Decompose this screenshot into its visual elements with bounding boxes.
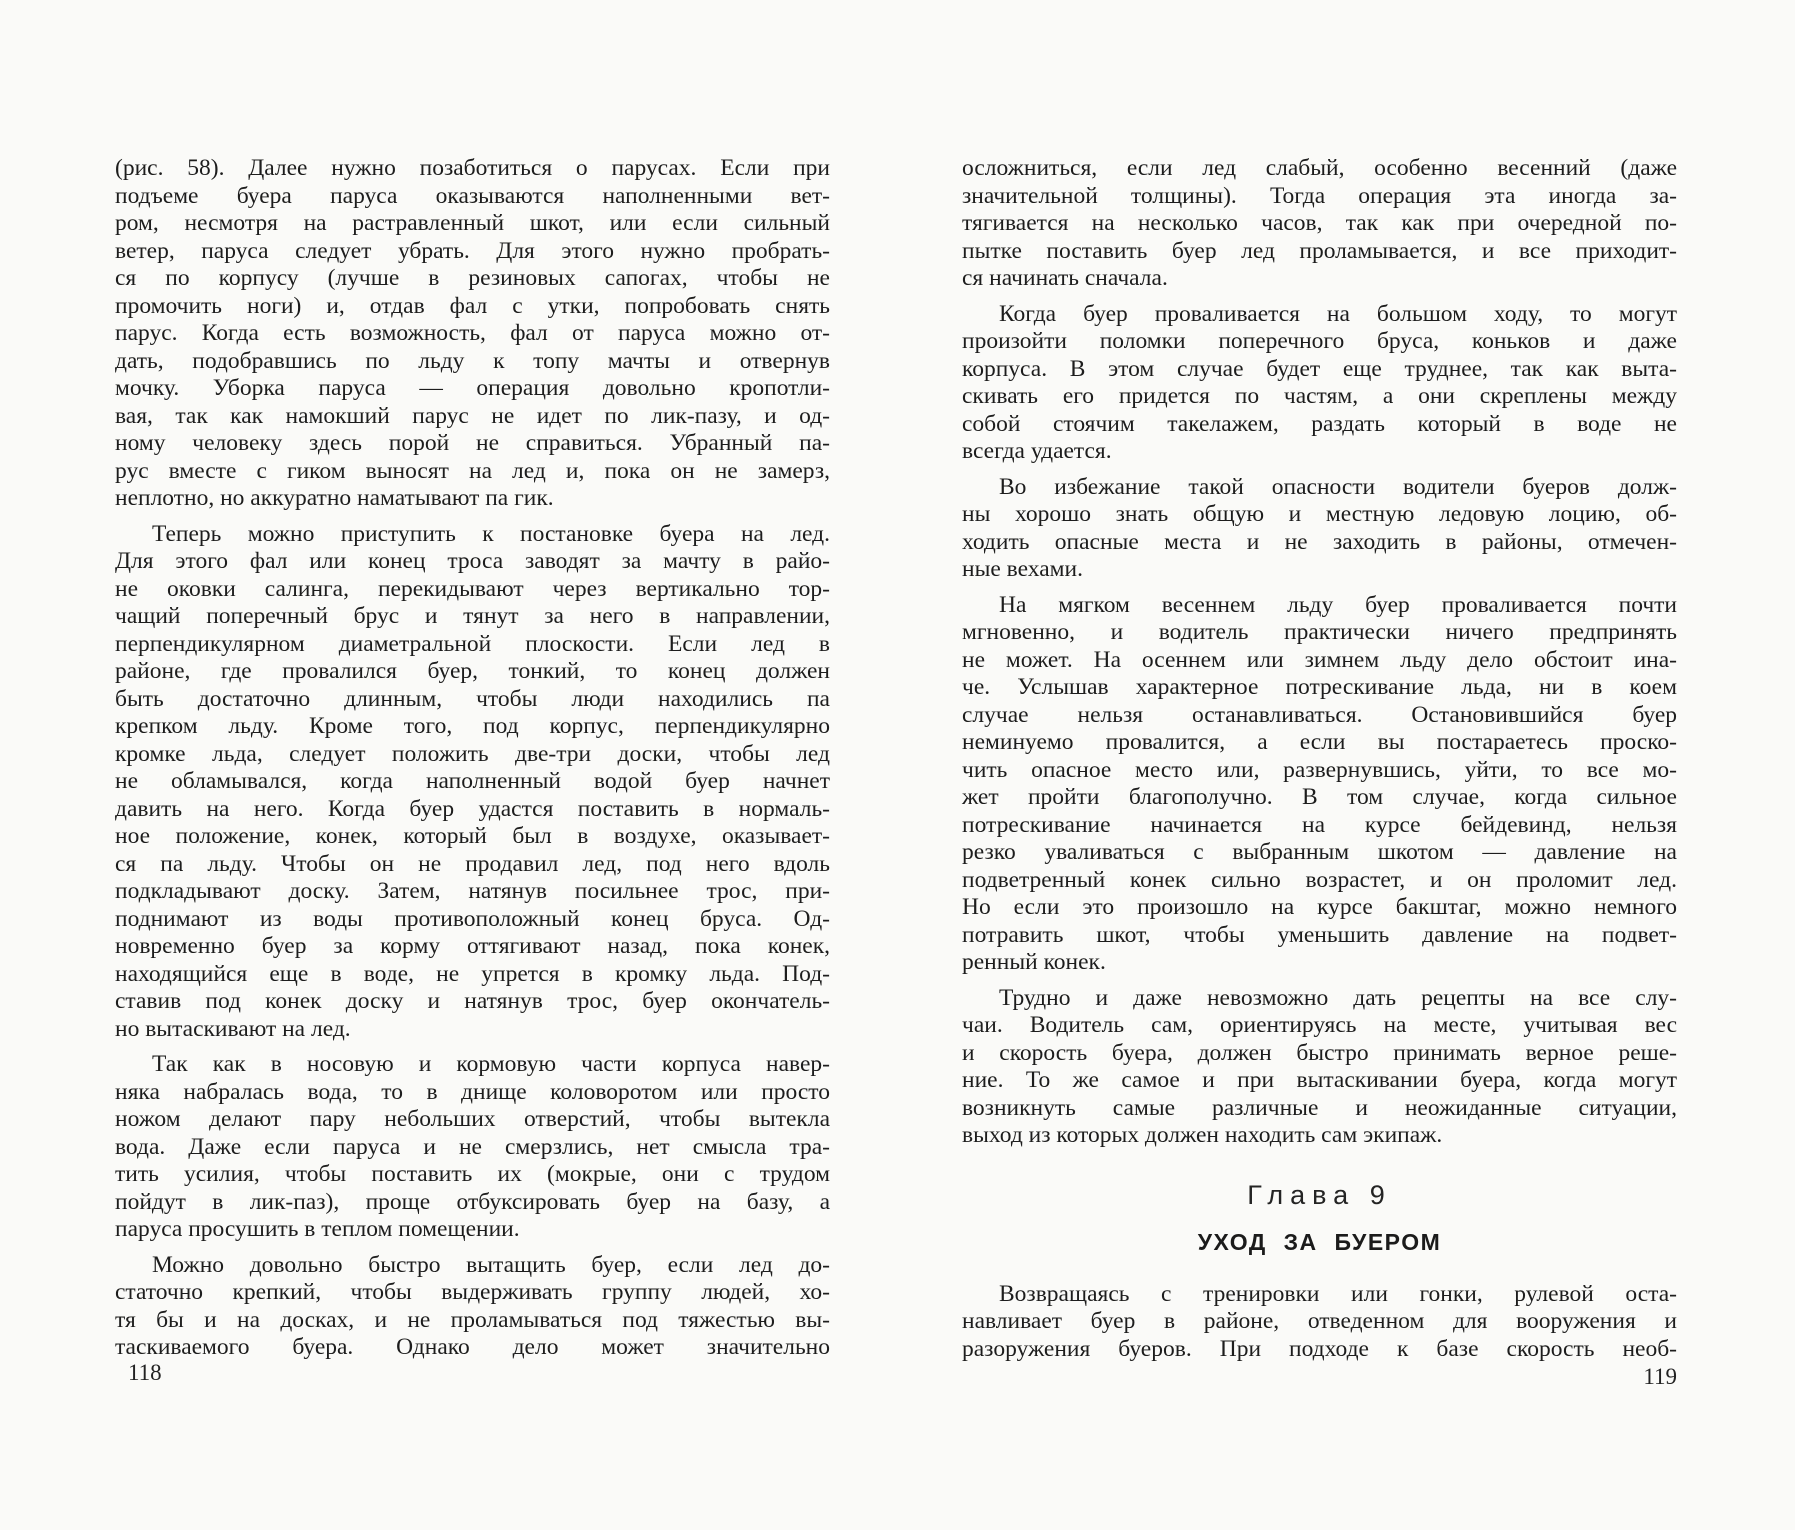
page-number-right: 119 [962,1364,1677,1390]
text-line: ся начинать сначала. [962,265,1677,293]
text-line: чаи. Водитель сам, ориентируясь на месте… [962,1012,1677,1040]
text-line: давить на него. Когда буер удастся поста… [115,796,830,824]
text-line: ветер, паруса следует убрать. Для этого … [115,238,830,266]
text-line: возникнуть самые различные и неожиданные… [962,1095,1677,1123]
text-line: осложниться, если лед слабый, особенно в… [962,155,1677,183]
text-line: рус вместе с гиком выносят на лед и, пок… [115,458,830,486]
text-line: собой стоячим такелажем, раздать который… [962,411,1677,439]
text-line: Но если это произошло на курсе бакштаг, … [962,894,1677,922]
text-line: подкладывают доску. Затем, натянув посил… [115,878,830,906]
paragraph: Во избежание такой опасности водители бу… [962,474,1677,584]
text-line: крепком льду. Кроме того, под корпус, пе… [115,713,830,741]
text-line: корпуса. В этом случае будет еще труднее… [962,356,1677,384]
text-line: разоружения буеров. При подходе к базе с… [962,1336,1677,1364]
text-line: че. Услышав характерное потрескивание ль… [962,674,1677,702]
text-line: Во избежание такой опасности водители бу… [962,474,1677,502]
text-line: подветренный конек сильно возрастет, и о… [962,867,1677,895]
text-line: пытке поставить буер лед проламывается, … [962,238,1677,266]
text-line: ному человеку здесь порой не справиться.… [115,430,830,458]
text-line: промочить ноги) и, отдав фал с утки, поп… [115,293,830,321]
text-line: тя бы и на досках, и не проламываться по… [115,1307,830,1335]
text-line: не оковки салинга, перекидывают через ве… [115,576,830,604]
text-line: чить опасное место или, развернувшись, у… [962,757,1677,785]
paragraph: Возвращаясь с тренировки или гонки, руле… [962,1281,1677,1364]
text-line: всегда удается. [962,438,1677,466]
text-line: На мягком весеннем льду буер проваливает… [962,592,1677,620]
chapter-heading: Глава 9 [962,1180,1677,1210]
text-line: паруса просушить в теплом помещении. [115,1216,830,1244]
text-line: потравить шкот, чтобы уменьшить давление… [962,922,1677,950]
text-line: парус. Когда есть возможность, фал от па… [115,320,830,348]
text-line: ние. То же самое и при вытаскивании буер… [962,1067,1677,1095]
paragraph: Так как в носовую и кормовую части корпу… [115,1051,830,1244]
text-line: ся по корпусу (лучше в резиновых сапогах… [115,265,830,293]
book-spread: (рис. 58). Далее нужно позаботиться о па… [0,0,1795,1530]
paragraph: Трудно и даже невозможно дать рецепты на… [962,985,1677,1150]
paragraph: Можно довольно быстро вытащить буер, есл… [115,1252,830,1362]
text-line: произойти поломки поперечного бруса, кон… [962,328,1677,356]
text-line: чащий поперечный брус и тянут за него в … [115,603,830,631]
text-line: и скорость буера, должен быстро принимат… [962,1040,1677,1068]
text-line: вода. Даже если паруса и не смерзлись, н… [115,1134,830,1162]
text-line: районе, где провалился буер, тонкий, то … [115,658,830,686]
text-line: няка набралась вода, то в днище коловоро… [115,1079,830,1107]
text-line: мгновенно, и водитель практически ничего… [962,619,1677,647]
text-line: вая, так как намокший парус не идет по л… [115,403,830,431]
paragraph: Когда буер проваливается на большом ходу… [962,301,1677,466]
paragraph: На мягком весеннем льду буер проваливает… [962,592,1677,977]
text-line: Когда буер проваливается на большом ходу… [962,301,1677,329]
text-line: ренный конек. [962,949,1677,977]
text-line: таскиваемого буера. Однако дело может зн… [115,1334,830,1362]
text-line: тить усилия, чтобы поставить их (мокрые,… [115,1161,830,1189]
page-number-left: 118 [128,1360,162,1386]
page-left-body: (рис. 58). Далее нужно позаботиться о па… [115,155,830,1362]
text-line: пойдут в лик-паз), проще отбуксировать б… [115,1189,830,1217]
text-line: статочно крепкий, чтобы выдерживать груп… [115,1279,830,1307]
text-line: не обламывался, когда наполненный водой … [115,768,830,796]
text-line: мочку. Уборка паруса — операция довольно… [115,375,830,403]
text-line: но вытаскивают на лед. [115,1016,830,1044]
text-line: перпендикулярном диаметральной плоскости… [115,631,830,659]
text-line: Для этого фал или конец троса заводят за… [115,548,830,576]
paragraph: (рис. 58). Далее нужно позаботиться о па… [115,155,830,513]
text-line: (рис. 58). Далее нужно позаботиться о па… [115,155,830,183]
text-line: Трудно и даже невозможно дать рецепты на… [962,985,1677,1013]
text-line: ножом делают пару небольших отверстий, ч… [115,1106,830,1134]
text-line: потрескивание начинается на курсе бейдев… [962,812,1677,840]
text-line: значительной толщины). Тогда операция эт… [962,183,1677,211]
text-line: выход из которых должен находить сам эки… [962,1122,1677,1150]
chapter-title: УХОД ЗА БУЕРОМ [962,1229,1677,1255]
text-line: случае нельзя останавливаться. Остановив… [962,702,1677,730]
text-line: Так как в носовую и кормовую части корпу… [115,1051,830,1079]
text-line: навливает буер в районе, отведенном для … [962,1308,1677,1336]
page-right-text-column: осложниться, если лед слабый, особенно в… [962,155,1677,1371]
text-line: подъеме буера паруса оказываются наполне… [115,183,830,211]
text-line: поднимают из воды противоположный конец … [115,906,830,934]
page-right-body-after-heading: Возвращаясь с тренировки или гонки, руле… [962,1281,1677,1364]
text-line: скивать его придется по частям, а они ск… [962,383,1677,411]
text-line: тягивается на несколько часов, так как п… [962,210,1677,238]
text-line: Возвращаясь с тренировки или гонки, руле… [962,1281,1677,1309]
page-left-text-column: (рис. 58). Далее нужно позаботиться о па… [115,155,830,1370]
text-line: ные вехами. [962,556,1677,584]
paragraph: Теперь можно приступить к постановке буе… [115,521,830,1044]
paragraph: осложниться, если лед слабый, особенно в… [962,155,1677,293]
text-line: жет пройти благополучно. В том случае, к… [962,784,1677,812]
text-line: ром, несмотря на растравленный шкот, или… [115,210,830,238]
text-line: неплотно, но аккуратно наматывают па гик… [115,485,830,513]
text-line: быть достаточно длинным, чтобы люди нахо… [115,686,830,714]
text-line: новременно буер за корму оттягивают наза… [115,933,830,961]
text-line: находящийся еще в воде, не упрется в кро… [115,961,830,989]
page-right-body: осложниться, если лед слабый, особенно в… [962,155,1677,1150]
text-line: неминуемо провалится, а если вы постарае… [962,729,1677,757]
text-line: ное положение, конек, который был в возд… [115,823,830,851]
text-line: ходить опасные места и не заходить в рай… [962,529,1677,557]
text-line: ны хорошо знать общую и местную ледовую … [962,501,1677,529]
text-line: не может. На осеннем или зимнем льду дел… [962,647,1677,675]
text-line: ся па льду. Чтобы он не продавил лед, по… [115,851,830,879]
text-line: Теперь можно приступить к постановке буе… [115,521,830,549]
text-line: дать, подобравшись по льду к топу мачты … [115,348,830,376]
text-line: Можно довольно быстро вытащить буер, есл… [115,1252,830,1280]
text-line: ставив под конек доску и натянув трос, б… [115,988,830,1016]
text-line: кромке льда, следует положить две-три до… [115,741,830,769]
text-line: резко уваливаться с выбранным шкотом — д… [962,839,1677,867]
